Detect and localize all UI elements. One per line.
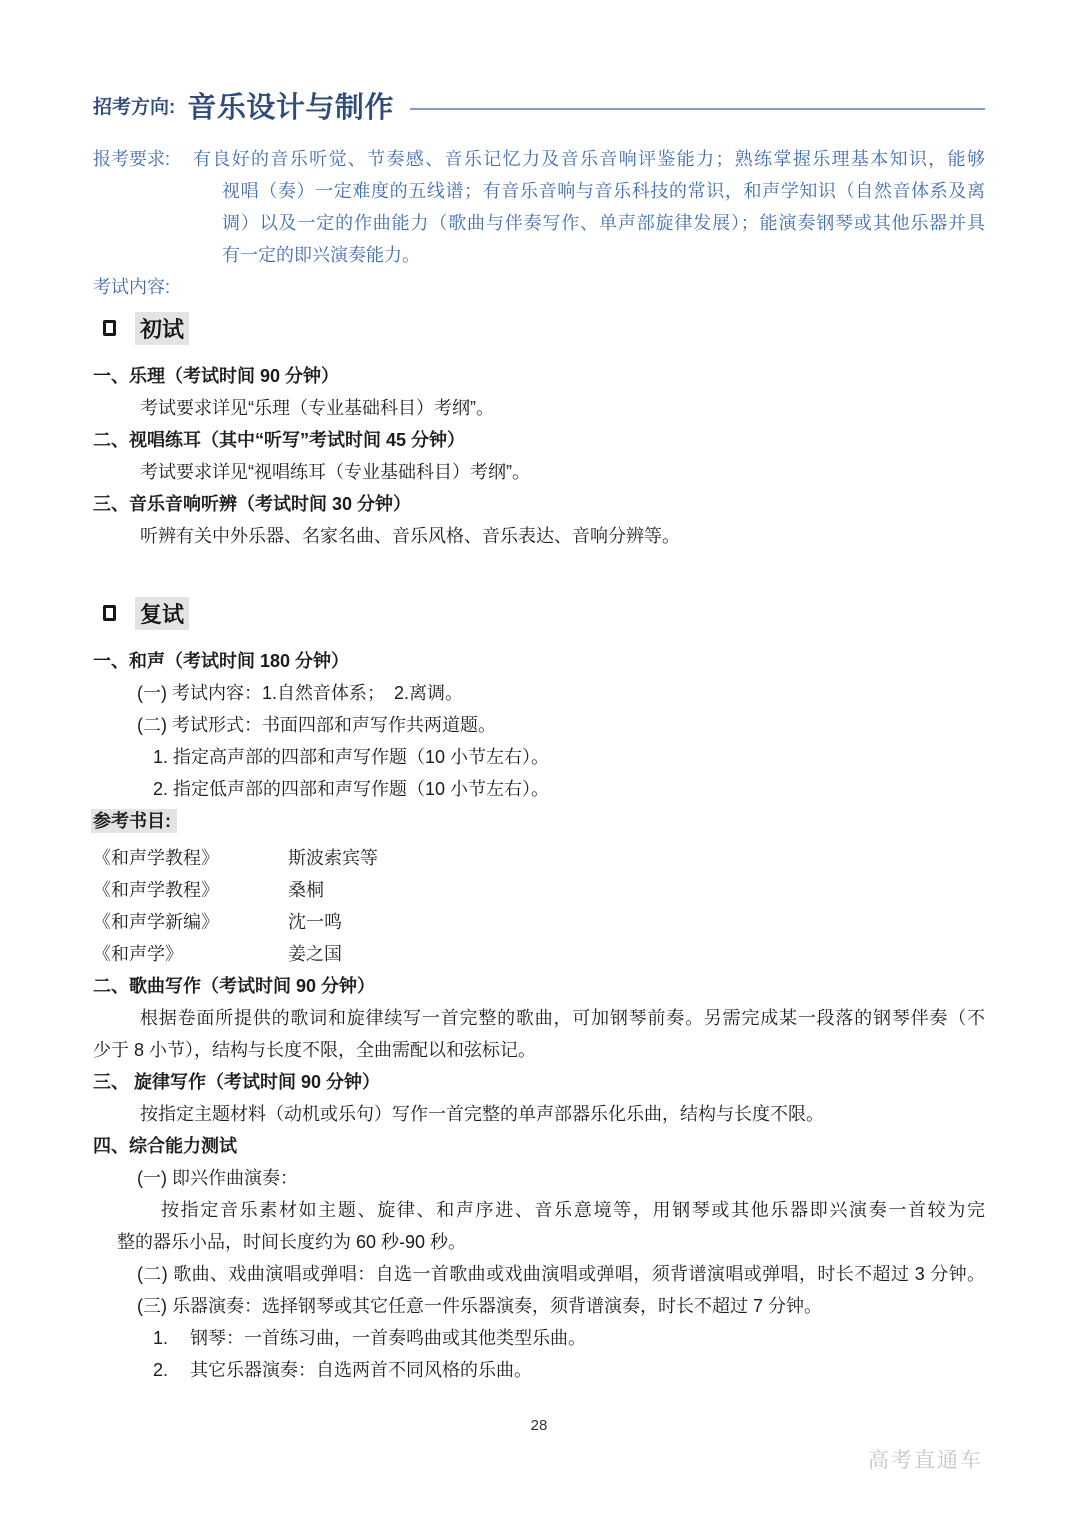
book-title: 《和声学教程》 xyxy=(93,874,283,906)
item-detail: 考试要求详见“视唱练耳（专业基础科目）考纲”。 xyxy=(140,456,985,488)
application-requirements-label: 报考要求: xyxy=(93,143,193,175)
item-subline: (二) 歌曲、戏曲演唱或弹唱：自选一首歌曲或戏曲演唱或弹唱，须背谱演唱或弹唱，时… xyxy=(137,1258,985,1290)
paragraph-line: 根据卷面所提供的歌词和旋律续写一首完整的歌曲，可加钢琴前奏。另需完成某一段落的钢… xyxy=(140,1002,985,1034)
requirements-line: 视唱（奏）一定难度的五线谱；有音乐音响与音乐科技的常识，和声学知识（自然音体系及… xyxy=(222,175,985,207)
second-round-banner: 复试 xyxy=(103,596,985,630)
second-round-title: 复试 xyxy=(135,597,189,630)
numbered-item: 2.其它乐器演奏：自选两首不同风格的乐曲。 xyxy=(153,1354,985,1386)
item-number: 1. xyxy=(153,1322,190,1354)
watermark: 高考直通车 xyxy=(93,1444,985,1474)
item-heading: 四、综合能力测试 xyxy=(93,1130,985,1162)
item-detail: 考试要求详见“乐理（专业基础科目）考纲”。 xyxy=(140,392,985,424)
page-number: 28 xyxy=(93,1416,985,1436)
item-detail: 听辨有关中外乐器、名家名曲、音乐风格、音乐表达、音响分辨等。 xyxy=(140,520,985,552)
document-page: 招考方向: 音乐设计与制作 报考要求: 有良好的音乐听觉、节奏感、音乐记忆力及音… xyxy=(0,0,1080,1526)
item-number: 2. xyxy=(153,1354,190,1386)
paragraph-line: 整的器乐小品，时间长度约为 60 秒-90 秒。 xyxy=(117,1226,985,1258)
book-row: 《和声学》 姜之国 xyxy=(93,938,985,970)
paragraph-line: 按指定音乐素材如主题、旋律、和声序进、音乐意境等，用钢琴或其他乐器即兴演奏一首较… xyxy=(161,1194,985,1226)
book-author: 姜之国 xyxy=(288,944,342,964)
item-heading: 一、和声（考试时间 180 分钟） xyxy=(93,645,985,677)
checkbox-icon xyxy=(103,605,116,621)
book-row: 《和声学教程》 桑桐 xyxy=(93,874,985,906)
exam-content-label: 考试内容: xyxy=(93,271,985,303)
checkbox-icon xyxy=(103,320,116,336)
item-subline: (二) 考试形式：书面四部和声写作共两道题。 xyxy=(137,709,985,741)
book-author: 沈一鸣 xyxy=(288,912,342,932)
item-text: 钢琴：一首练习曲，一首奏鸣曲或其他类型乐曲。 xyxy=(190,1328,586,1348)
item-heading: 三、 旋律写作（考试时间 90 分钟） xyxy=(93,1066,985,1098)
first-round-banner: 初试 xyxy=(103,311,985,345)
item-heading: 二、歌曲写作（考试时间 90 分钟） xyxy=(93,970,985,1002)
requirements-line: 调）以及一定的作曲能力（歌曲与伴奏写作、单声部旋律发展）；能演奏钢琴或其他乐器并… xyxy=(222,207,985,239)
item-heading: 三、音乐音响听辨（考试时间 30 分钟） xyxy=(93,488,985,520)
header: 招考方向: 音乐设计与制作 xyxy=(93,85,985,125)
book-title: 《和声学教程》 xyxy=(93,842,283,874)
book-author: 桑桐 xyxy=(288,880,324,900)
item-detail: 按指定主题材料（动机或乐句）写作一首完整的单声部器乐化乐曲，结构与长度不限。 xyxy=(140,1098,985,1130)
bibliography-label: 参考书目: xyxy=(91,809,177,833)
application-requirements: 报考要求: 有良好的音乐听觉、节奏感、音乐记忆力及音乐音响评鉴能力；熟练掌握乐理… xyxy=(93,143,985,271)
item-subline: (一) 考试内容：1.自然音体系； 2.离调。 xyxy=(137,677,985,709)
major-title: 音乐设计与制作 xyxy=(187,85,394,126)
bibliography-label-row: 参考书目: xyxy=(93,805,985,837)
numbered-item: 1. 指定高声部的四部和声写作题（10 小节左右）。 xyxy=(153,741,985,773)
requirements-line: 有一定的即兴演奏能力。 xyxy=(222,239,985,271)
recruitment-direction-label: 招考方向: xyxy=(93,92,175,119)
item-heading: 一、乐理（考试时间 90 分钟） xyxy=(93,360,985,392)
paragraph-line: 少于 8 小节），结构与长度不限，全曲需配以和弦标记。 xyxy=(93,1034,985,1066)
book-title: 《和声学》 xyxy=(93,938,283,970)
bibliography-list: 《和声学教程》 斯波索宾等 《和声学教程》 桑桐 《和声学新编》 沈一鸣 《和声… xyxy=(93,842,985,970)
book-title: 《和声学新编》 xyxy=(93,906,283,938)
book-author: 斯波索宾等 xyxy=(288,848,378,868)
first-round-title: 初试 xyxy=(135,312,189,345)
item-subline: (一) 即兴作曲演奏： xyxy=(137,1162,985,1194)
numbered-item: 1.钢琴：一首练习曲，一首奏鸣曲或其他类型乐曲。 xyxy=(153,1322,985,1354)
numbered-item: 2. 指定低声部的四部和声写作题（10 小节左右）。 xyxy=(153,773,985,805)
header-rule xyxy=(410,108,985,110)
requirements-line: 有良好的音乐听觉、节奏感、音乐记忆力及音乐音响评鉴能力；熟练掌握乐理基本知识，能… xyxy=(193,143,985,175)
item-text: 其它乐器演奏：自选两首不同风格的乐曲。 xyxy=(190,1360,532,1380)
item-subline: (三) 乐器演奏：选择钢琴或其它任意一件乐器演奏，须背谱演奏，时长不超过 7 分… xyxy=(137,1290,985,1322)
item-heading: 二、视唱练耳（其中“听写”考试时间 45 分钟） xyxy=(93,424,985,456)
book-row: 《和声学教程》 斯波索宾等 xyxy=(93,842,985,874)
book-row: 《和声学新编》 沈一鸣 xyxy=(93,906,985,938)
